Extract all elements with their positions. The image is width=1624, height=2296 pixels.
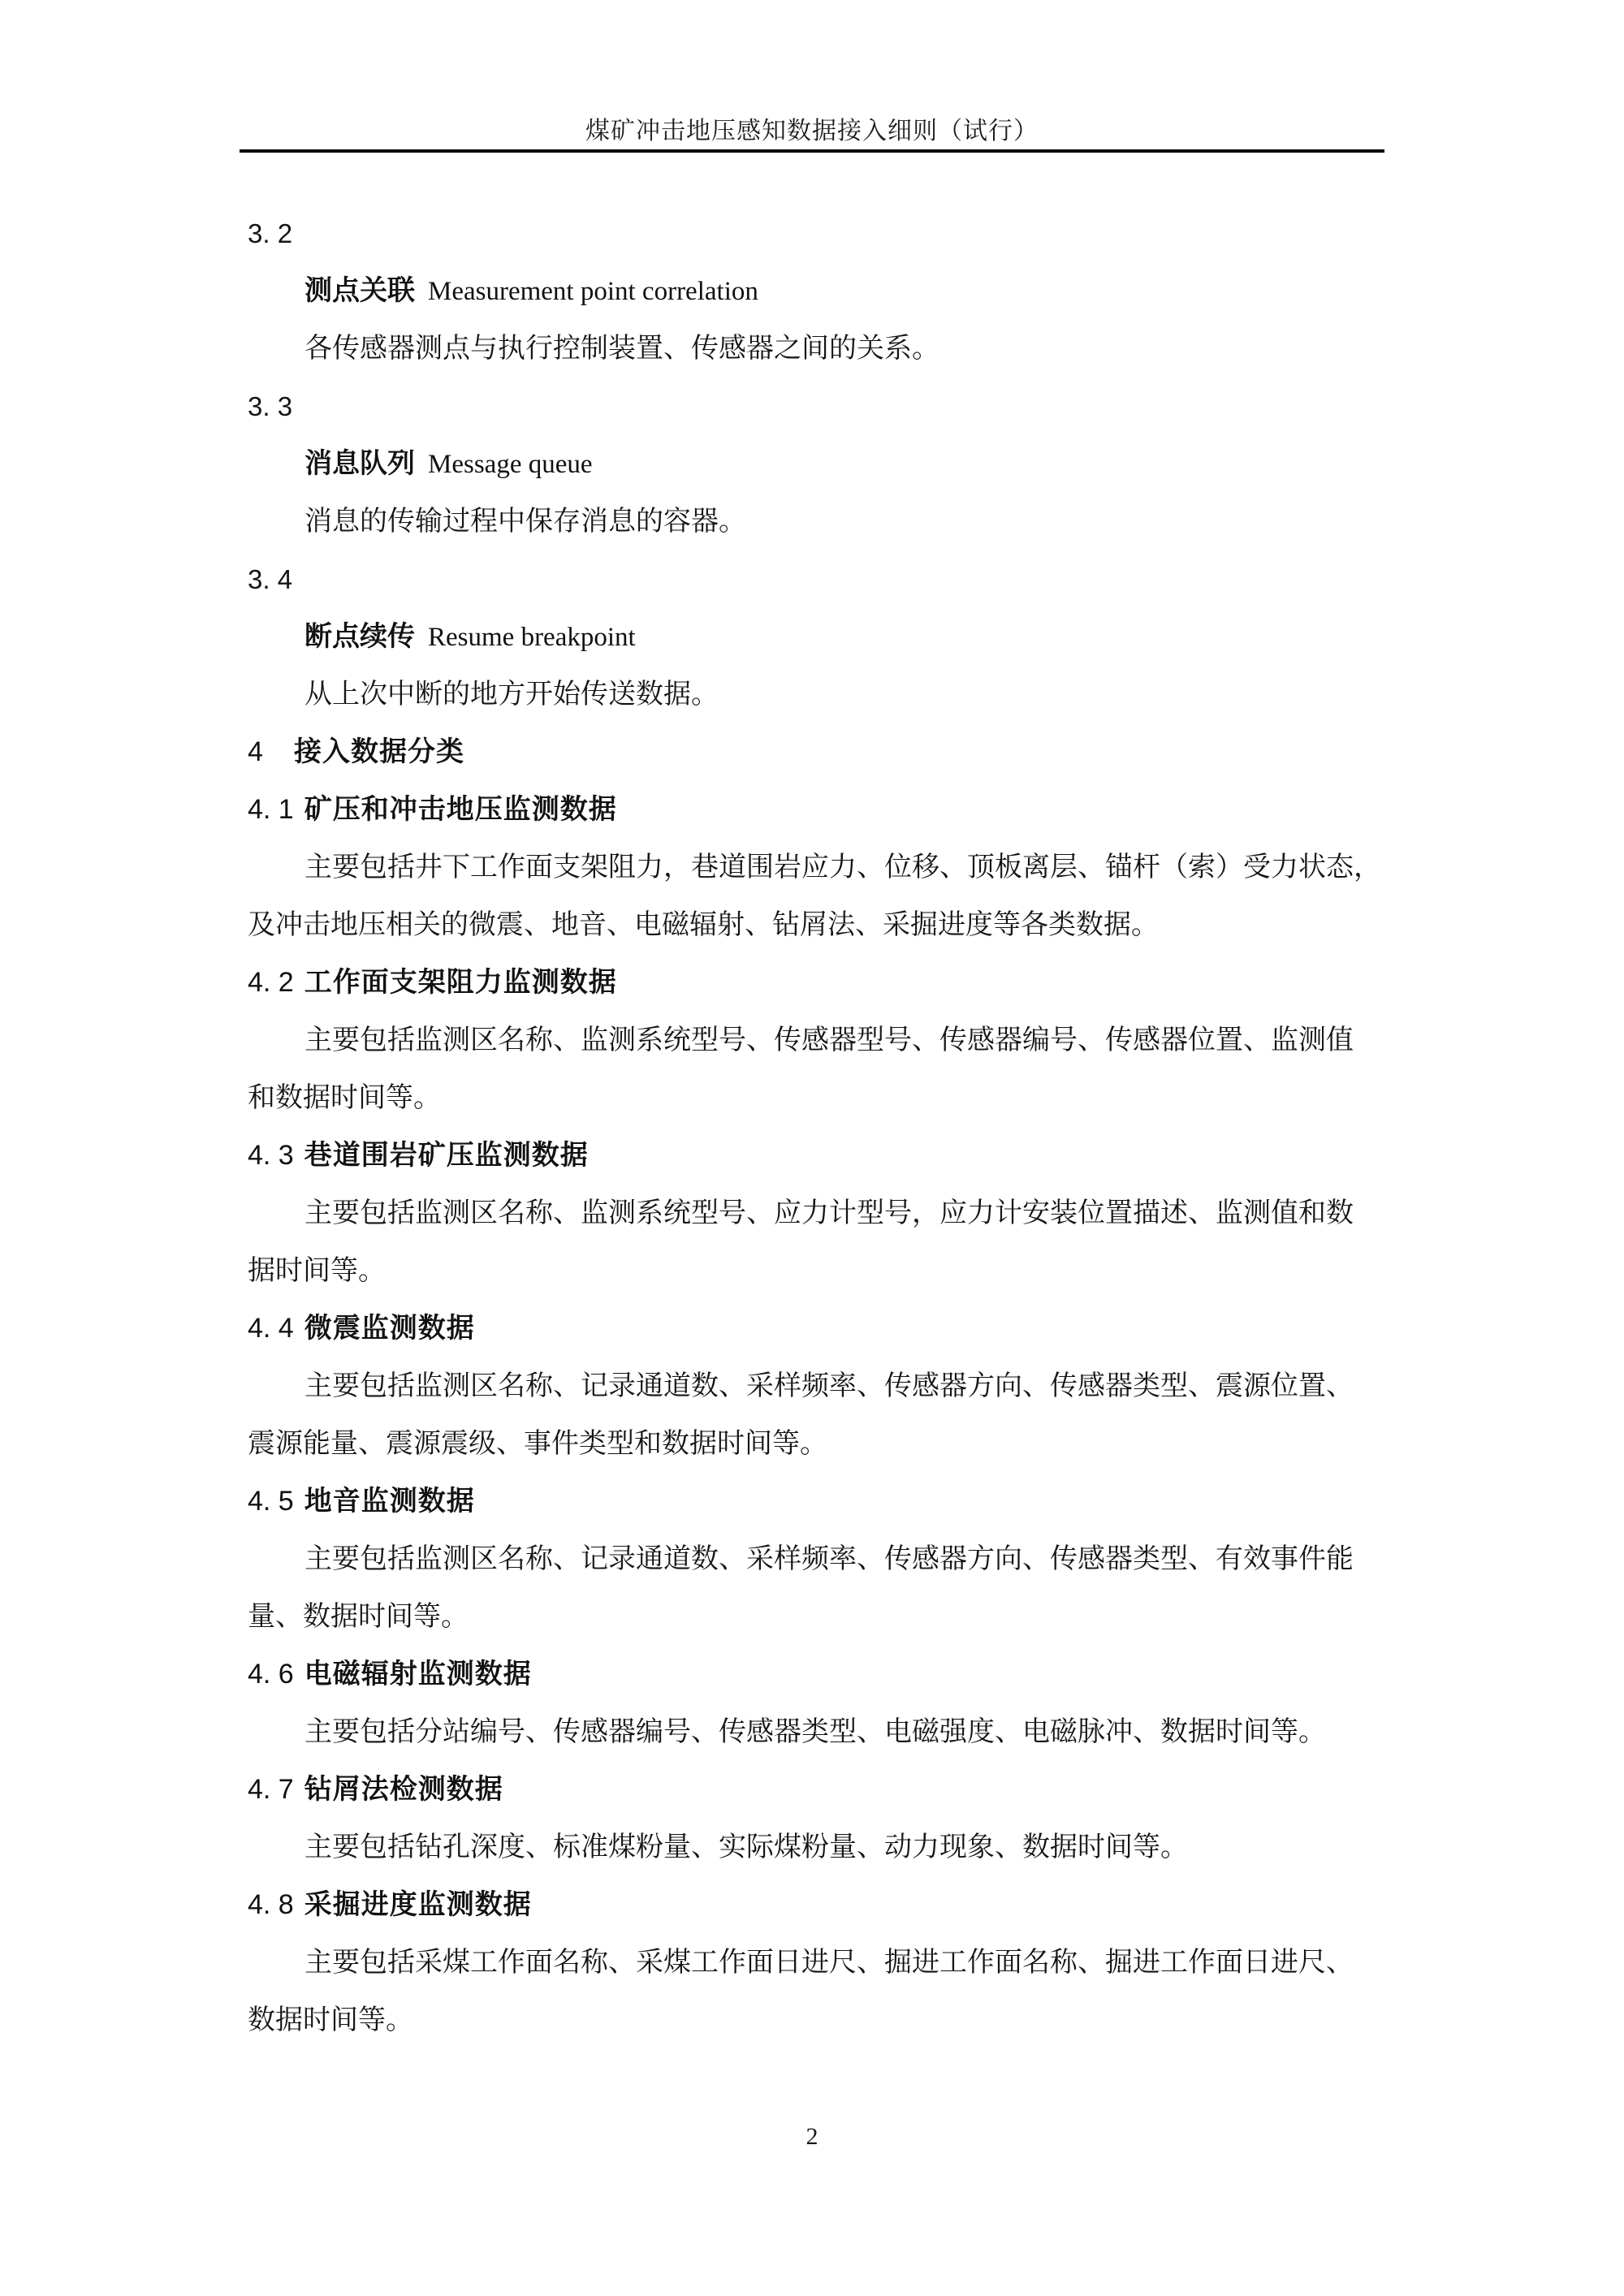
section-heading-number: 4 (248, 723, 294, 781)
section-heading-text: 电磁辐射监测数据 (304, 1659, 532, 1690)
paragraph-line: 主要包括监测区名称、监测系统型号、传感器型号、传感器编号、传感器位置、监测值 (248, 1012, 1384, 1069)
section-heading: 4. 8采掘进度监测数据 (248, 1876, 1384, 1934)
paragraph-line: 数据时间等。 (248, 1992, 1384, 2049)
paragraph-line: 和数据时间等。 (248, 1069, 1384, 1127)
document-body: 3. 2测点关联Measurement point correlation各传感… (248, 205, 1384, 2049)
page-footer: 2 (0, 2123, 1624, 2151)
term-chinese: 断点续传 (248, 621, 415, 652)
term-chinese: 测点关联 (248, 275, 415, 306)
term-english: Resume breakpoint (428, 623, 636, 652)
paragraph-line: 量、数据时间等。 (248, 1588, 1384, 1646)
section-heading-text: 矿压和冲击地压监测数据 (304, 794, 617, 825)
section-heading-number: 4. 4 (248, 1300, 294, 1357)
term-definition-heading: 消息队列Message queue (248, 435, 1384, 493)
section-heading-text: 地音监测数据 (304, 1486, 475, 1517)
section-heading-number: 4. 2 (248, 954, 294, 1012)
page-header: 煤矿冲击地压感知数据接入细则（试行） (240, 0, 1384, 153)
section-heading-number: 4. 8 (248, 1876, 294, 1934)
paragraph-line: 各传感器测点与执行控制装置、传感器之间的关系。 (248, 320, 1384, 378)
section-heading: 4. 7钻屑法检测数据 (248, 1761, 1384, 1819)
clause-number: 3. 3 (248, 378, 1384, 435)
paragraph-line: 主要包括分站编号、传感器编号、传感器类型、电磁强度、电磁脉冲、数据时间等。 (248, 1703, 1384, 1761)
running-header-title: 煤矿冲击地压感知数据接入细则（试行） (240, 110, 1384, 146)
section-heading: 4接入数据分类 (248, 723, 1384, 781)
paragraph-line: 主要包括钻孔深度、标准煤粉量、实际煤粉量、动力现象、数据时间等。 (248, 1819, 1384, 1876)
section-heading-number: 4. 3 (248, 1127, 294, 1185)
section-heading-number: 4. 1 (248, 781, 294, 839)
term-english: Message queue (428, 450, 593, 479)
section-heading-number: 4. 7 (248, 1761, 294, 1819)
document-page: 煤矿冲击地压感知数据接入细则（试行） 3. 2测点关联Measurement p… (0, 0, 1624, 2296)
section-heading-text: 工作面支架阻力监测数据 (304, 967, 617, 998)
section-heading: 4. 3巷道围岩矿压监测数据 (248, 1127, 1384, 1185)
section-heading-number: 4. 5 (248, 1473, 294, 1530)
term-definition-heading: 测点关联Measurement point correlation (248, 262, 1384, 320)
paragraph-line: 主要包括采煤工作面名称、采煤工作面日进尺、掘进工作面名称、掘进工作面日进尺、 (248, 1934, 1384, 1992)
paragraph-line: 据时间等。 (248, 1242, 1384, 1300)
paragraph-line: 震源能量、震源震级、事件类型和数据时间等。 (248, 1415, 1384, 1473)
paragraph-line: 消息的传输过程中保存消息的容器。 (248, 493, 1384, 550)
section-heading: 4. 5地音监测数据 (248, 1473, 1384, 1530)
section-heading-text: 微震监测数据 (304, 1313, 475, 1344)
paragraph-line: 主要包括井下工作面支架阻力，巷道围岩应力、位移、顶板离层、锚杆（索）受力状态， (248, 839, 1384, 896)
header-rule (240, 149, 1384, 153)
section-heading-text: 钻屑法检测数据 (304, 1774, 503, 1805)
term-definition-heading: 断点续传Resume breakpoint (248, 608, 1384, 666)
paragraph-line: 及冲击地压相关的微震、地音、电磁辐射、钻屑法、采掘进度等各类数据。 (248, 896, 1384, 954)
section-heading: 4. 4微震监测数据 (248, 1300, 1384, 1357)
section-heading: 4. 6电磁辐射监测数据 (248, 1646, 1384, 1703)
paragraph-line: 主要包括监测区名称、记录通道数、采样频率、传感器方向、传感器类型、有效事件能 (248, 1530, 1384, 1588)
paragraph-line: 主要包括监测区名称、监测系统型号、应力计型号，应力计安装位置描述、监测值和数 (248, 1185, 1384, 1242)
term-english: Measurement point correlation (428, 277, 758, 306)
term-chinese: 消息队列 (248, 448, 415, 479)
paragraph-line: 主要包括监测区名称、记录通道数、采样频率、传感器方向、传感器类型、震源位置、 (248, 1357, 1384, 1415)
clause-number: 3. 2 (248, 205, 1384, 262)
page-number: 2 (806, 2123, 818, 2150)
section-heading-text: 巷道围岩矿压监测数据 (304, 1140, 589, 1171)
clause-number: 3. 4 (248, 550, 1384, 608)
paragraph-line: 从上次中断的地方开始传送数据。 (248, 666, 1384, 723)
section-heading: 4. 1矿压和冲击地压监测数据 (248, 781, 1384, 839)
section-heading-number: 4. 6 (248, 1646, 294, 1703)
section-heading-text: 采掘进度监测数据 (304, 1889, 532, 1920)
section-heading: 4. 2工作面支架阻力监测数据 (248, 954, 1384, 1012)
section-heading-text: 接入数据分类 (294, 736, 464, 767)
